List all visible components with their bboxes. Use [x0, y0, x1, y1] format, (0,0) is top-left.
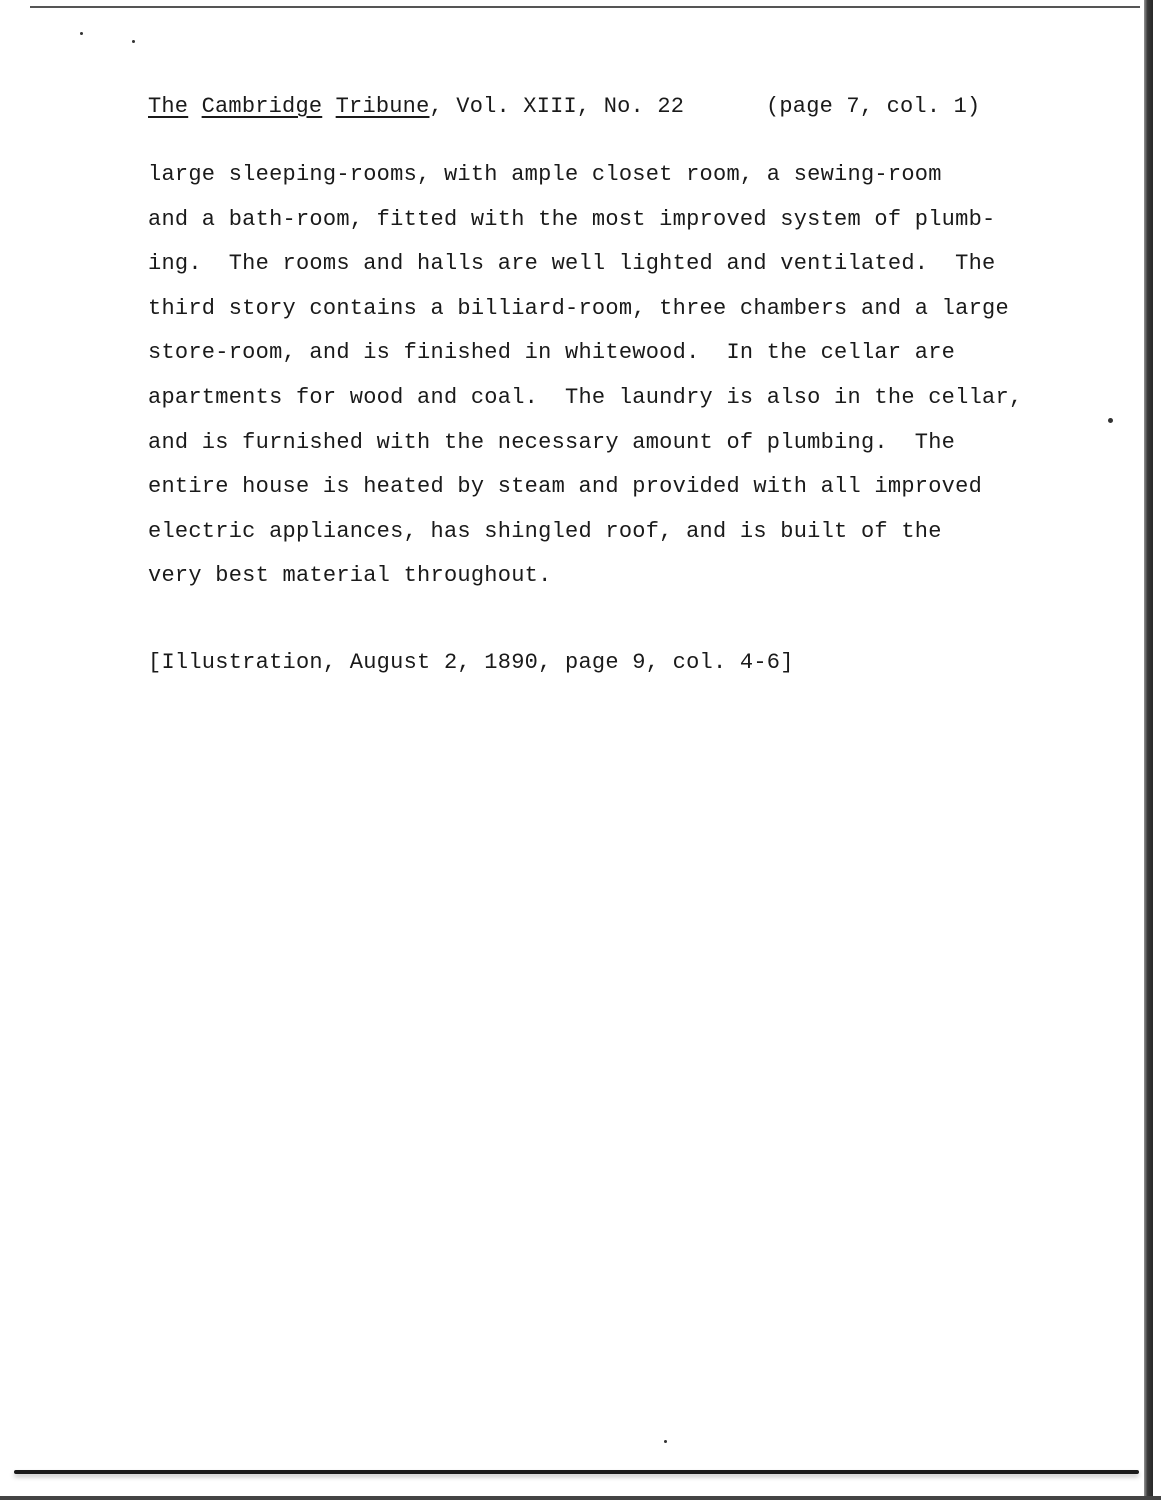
- body-line: third story contains a billiard-room, th…: [148, 292, 1048, 337]
- body-line: entire house is heated by steam and prov…: [148, 470, 1048, 515]
- top-border-rule: [30, 6, 1140, 8]
- bottom-border-rule: [14, 1470, 1139, 1474]
- body-line: and a bath-room, fitted with the most im…: [148, 203, 1048, 248]
- body-line: ing. The rooms and halls are well lighte…: [148, 247, 1048, 292]
- scan-speck: [1108, 418, 1113, 423]
- body-line: apartments for wood and coal. The laundr…: [148, 381, 1048, 426]
- publication-word-the: The: [148, 94, 188, 119]
- scan-speck: [80, 32, 83, 35]
- body-line: very best material throughout.: [148, 559, 1048, 604]
- publication-word-cambridge: Cambridge: [202, 94, 323, 119]
- body-line: and is furnished with the necessary amou…: [148, 426, 1048, 471]
- publication-word-tribune: Tribune: [336, 94, 430, 119]
- body-line: large sleeping-rooms, with ample closet …: [148, 158, 1048, 203]
- page-reference: (page 7, col. 1): [766, 92, 980, 122]
- volume-info: , Vol. XIII, No. 22: [429, 94, 684, 119]
- body-line: store-room, and is finished in whitewood…: [148, 336, 1048, 381]
- document-header: The Cambridge Tribune, Vol. XIII, No. 22…: [148, 92, 988, 122]
- body-line: electric appliances, has shingled roof, …: [148, 515, 1048, 560]
- scan-speck: [664, 1440, 667, 1443]
- scan-right-edge: [1144, 0, 1153, 1500]
- scan-speck: [132, 40, 135, 43]
- illustration-citation: [Illustration, August 2, 1890, page 9, c…: [148, 648, 794, 678]
- article-body: large sleeping-rooms, with ample closet …: [148, 158, 1048, 604]
- scan-bottom-edge: [0, 1496, 1161, 1500]
